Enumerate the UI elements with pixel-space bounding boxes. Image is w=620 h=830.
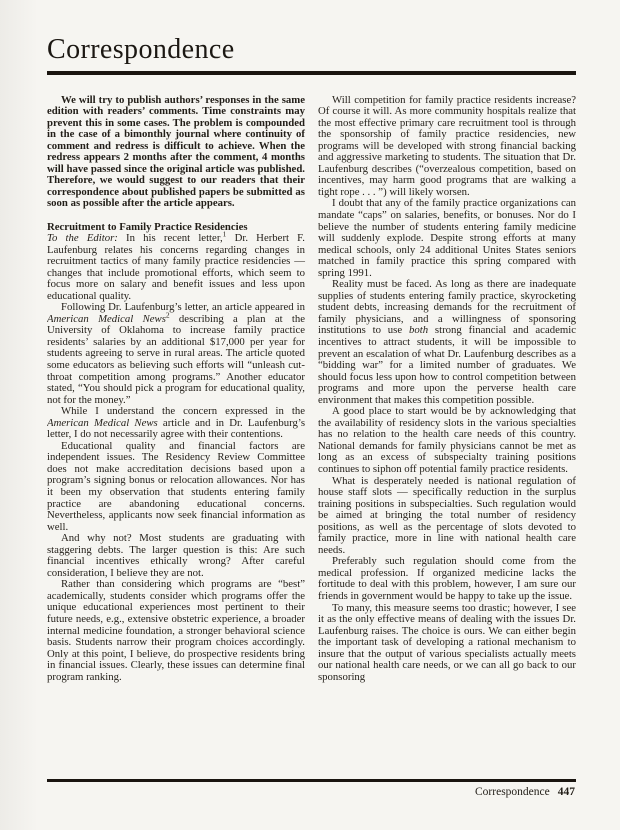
editorial-note: We will try to publish authors’ response… [47,95,305,210]
paragraph: What is desperately needed is national r… [318,476,576,557]
paragraph: A good place to start would be by acknow… [318,406,576,475]
paragraph: I doubt that any of the family practice … [318,198,576,279]
paragraph: Rather than considering which programs a… [47,579,305,683]
paragraph: Following Dr. Laufenburg’s letter, an ar… [47,302,305,406]
paragraph: Reality must be faced. As long as there … [318,279,576,406]
page-number: 447 [558,786,575,798]
article-columns: We will try to publish authors’ response… [47,95,576,761]
paragraph: To many, this measure seems too drastic;… [318,603,576,684]
page-title: Correspondence [47,34,576,66]
left-column: We will try to publish authors’ response… [47,95,305,761]
page-footer: Correspondence447 [475,786,575,798]
header-rule [47,71,576,75]
paragraph: Preferably such regulation should come f… [318,556,576,602]
paragraph: While I understand the concern expressed… [47,406,305,441]
footer-section-label: Correspondence [475,786,550,798]
paragraph: Educational quality and financial factor… [47,441,305,533]
journal-page: Correspondence We will try to publish au… [47,0,576,830]
paragraph: And why not? Most students are graduatin… [47,533,305,579]
paragraph: Will competition for family practice res… [318,95,576,199]
footer-rule [47,779,576,782]
right-column: Will competition for family practice res… [318,95,576,761]
paragraph: To the Editor: In his recent letter,1 Dr… [47,233,305,302]
